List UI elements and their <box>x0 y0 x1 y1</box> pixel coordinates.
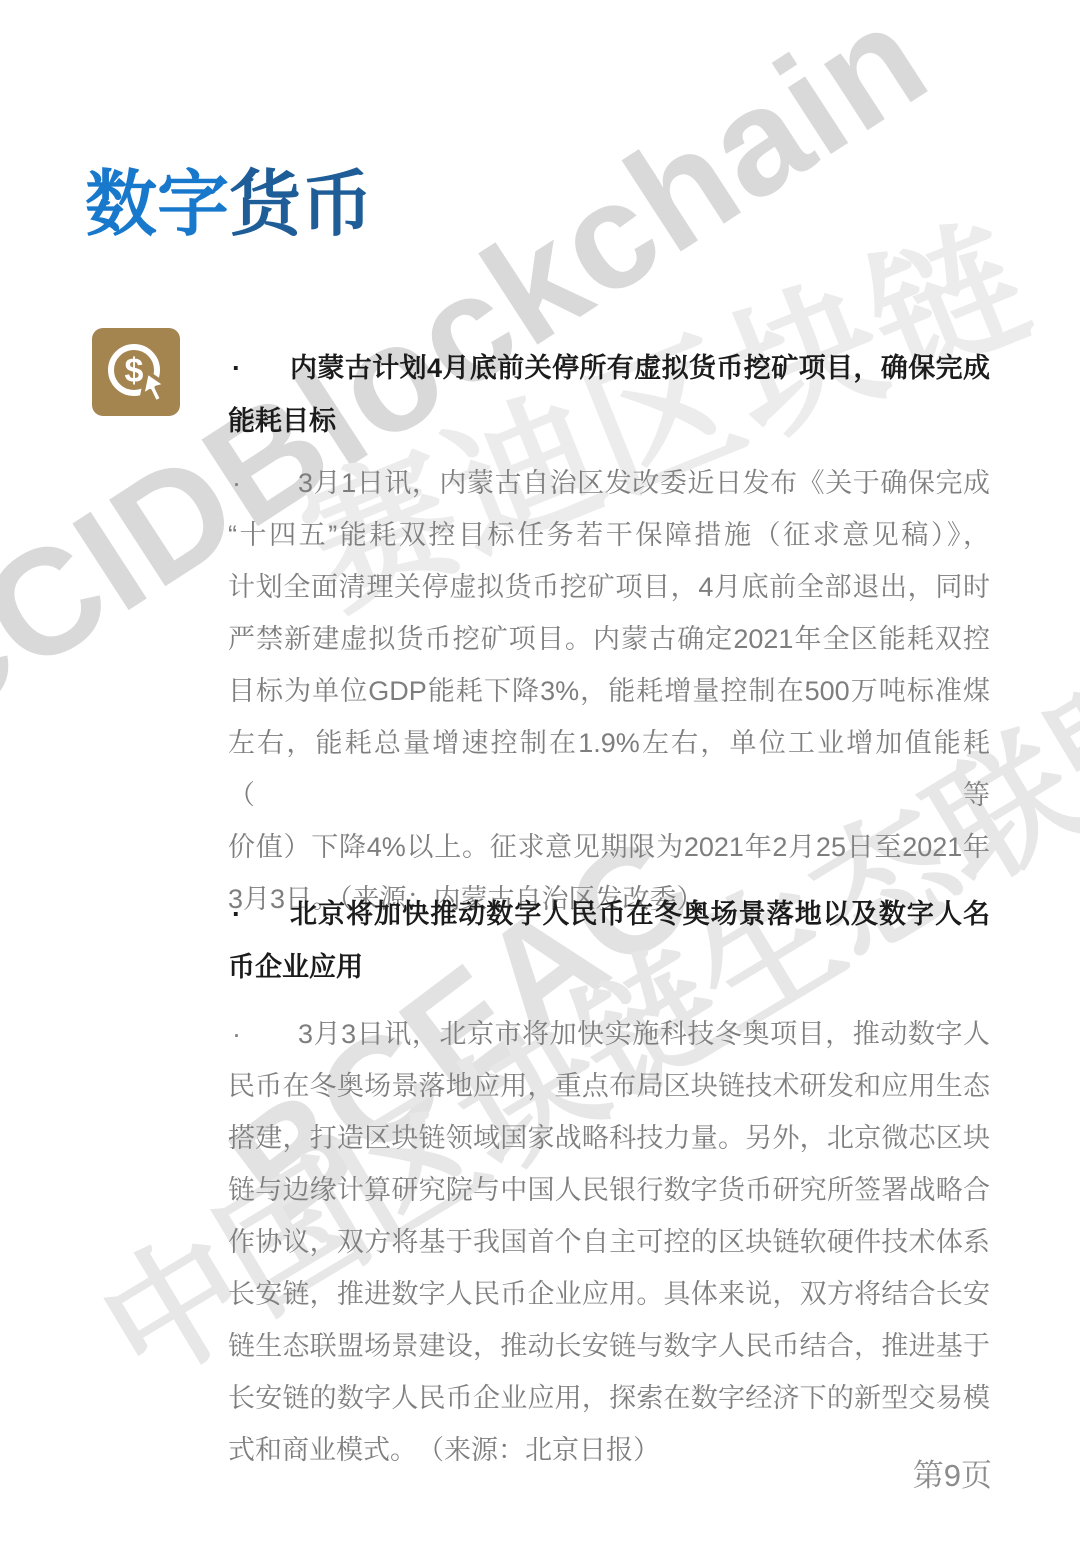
body-line: 价值）下降4%以上。征求意见期限为2021年2月25日至2021年 <box>228 821 990 873</box>
currency-click-icon: $ <box>92 328 180 416</box>
heading-line: · 内蒙古计划4月底前关停所有虚拟货币挖矿项目，确保完成 <box>228 342 990 395</box>
section1-heading: · 内蒙古计划4月底前关停所有虚拟货币挖矿项目，确保完成 能耗目标 <box>228 342 990 448</box>
body-text: 3月1日讯，内蒙古自治区发改委近日发布《关于确保完成 <box>298 457 990 509</box>
body-line: “十四五”能耗双控目标任务若干保障措施（征求意见稿）》， <box>228 509 990 561</box>
bullet-marker: · <box>232 342 241 395</box>
report-page: CCIDBlockchain 赛迪区块链 BCEAC 中国区块链生态联盟 数字货… <box>0 0 1080 1558</box>
body-line: · 3月3日讯，北京市将加快实施科技冬奥项目，推动数字人 <box>228 1008 990 1060</box>
body-line: 长安链，推进数字人民币企业应用。具体来说，双方将结合长安 <box>228 1268 990 1320</box>
page-title-part1: 数字 <box>85 165 229 245</box>
heading-text: 北京将加快推动数字人民币在冬奥场景落地以及数字人名 <box>290 888 990 941</box>
body-text: 3月3日讯，北京市将加快实施科技冬奥项目，推动数字人 <box>298 1008 990 1060</box>
body-line: 计划全面清理关停虚拟货币挖矿项目，4月底前全部退出，同时 <box>228 561 990 613</box>
body-line: 民币在冬奥场景落地应用，重点布局区块链技术研发和应用生态 <box>228 1060 990 1112</box>
body-line-source: 式和商业模式。 （来源：北京日报） <box>228 1424 990 1476</box>
page-number: 第9页 <box>913 1450 992 1495</box>
heading-line: 币企业应用 <box>228 941 990 994</box>
section2-heading: · 北京将加快推动数字人民币在冬奥场景落地以及数字人名 币企业应用 <box>228 888 990 994</box>
body-line: 目标为单位GDP能耗下降3%，能耗增量控制在500万吨标准煤 <box>228 665 990 717</box>
body-line: 搭建，打造区块链领域国家战略科技力量。另外，北京微芯区块 <box>228 1112 990 1164</box>
heading-line: 能耗目标 <box>228 395 990 448</box>
body-line: · 3月1日讯，内蒙古自治区发改委近日发布《关于确保完成 <box>228 457 990 509</box>
body-line: 链与边缘计算研究院与中国人民银行数字货币研究所签署战略合 <box>228 1164 990 1216</box>
body-line: 链生态联盟场景建设，推动长安链与数字人民币结合，推进基于 <box>228 1320 990 1372</box>
bullet-marker: · <box>232 457 241 509</box>
heading-line: · 北京将加快推动数字人民币在冬奥场景落地以及数字人名 <box>228 888 990 941</box>
body-line: 严禁新建虚拟货币挖矿项目。内蒙古确定2021年全区能耗双控 <box>228 613 990 665</box>
body-line: 作协议，双方将基于我国首个自主可控的区块链软硬件技术体系 <box>228 1216 990 1268</box>
bullet-marker: · <box>232 1008 241 1060</box>
section1-body: · 3月1日讯，内蒙古自治区发改委近日发布《关于确保完成 “十四五”能耗双控目标… <box>228 457 990 925</box>
digital-currency-icon: $ <box>92 328 180 416</box>
section2-body: · 3月3日讯，北京市将加快实施科技冬奥项目，推动数字人 民币在冬奥场景落地应用… <box>228 1008 990 1476</box>
body-line: 长安链的数字人民币企业应用，探索在数字经济下的新型交易模 <box>228 1372 990 1424</box>
page-title-part2: 货币 <box>229 165 373 245</box>
page-title: 数字货币 <box>85 166 373 245</box>
body-line: 左右，能耗总量增速控制在1.9%左右，单位工业增加值能耗（等 <box>228 717 990 821</box>
bullet-marker: · <box>232 888 241 941</box>
heading-text: 内蒙古计划4月底前关停所有虚拟货币挖矿项目，确保完成 <box>290 342 990 395</box>
dollar-symbol: $ <box>125 352 144 390</box>
